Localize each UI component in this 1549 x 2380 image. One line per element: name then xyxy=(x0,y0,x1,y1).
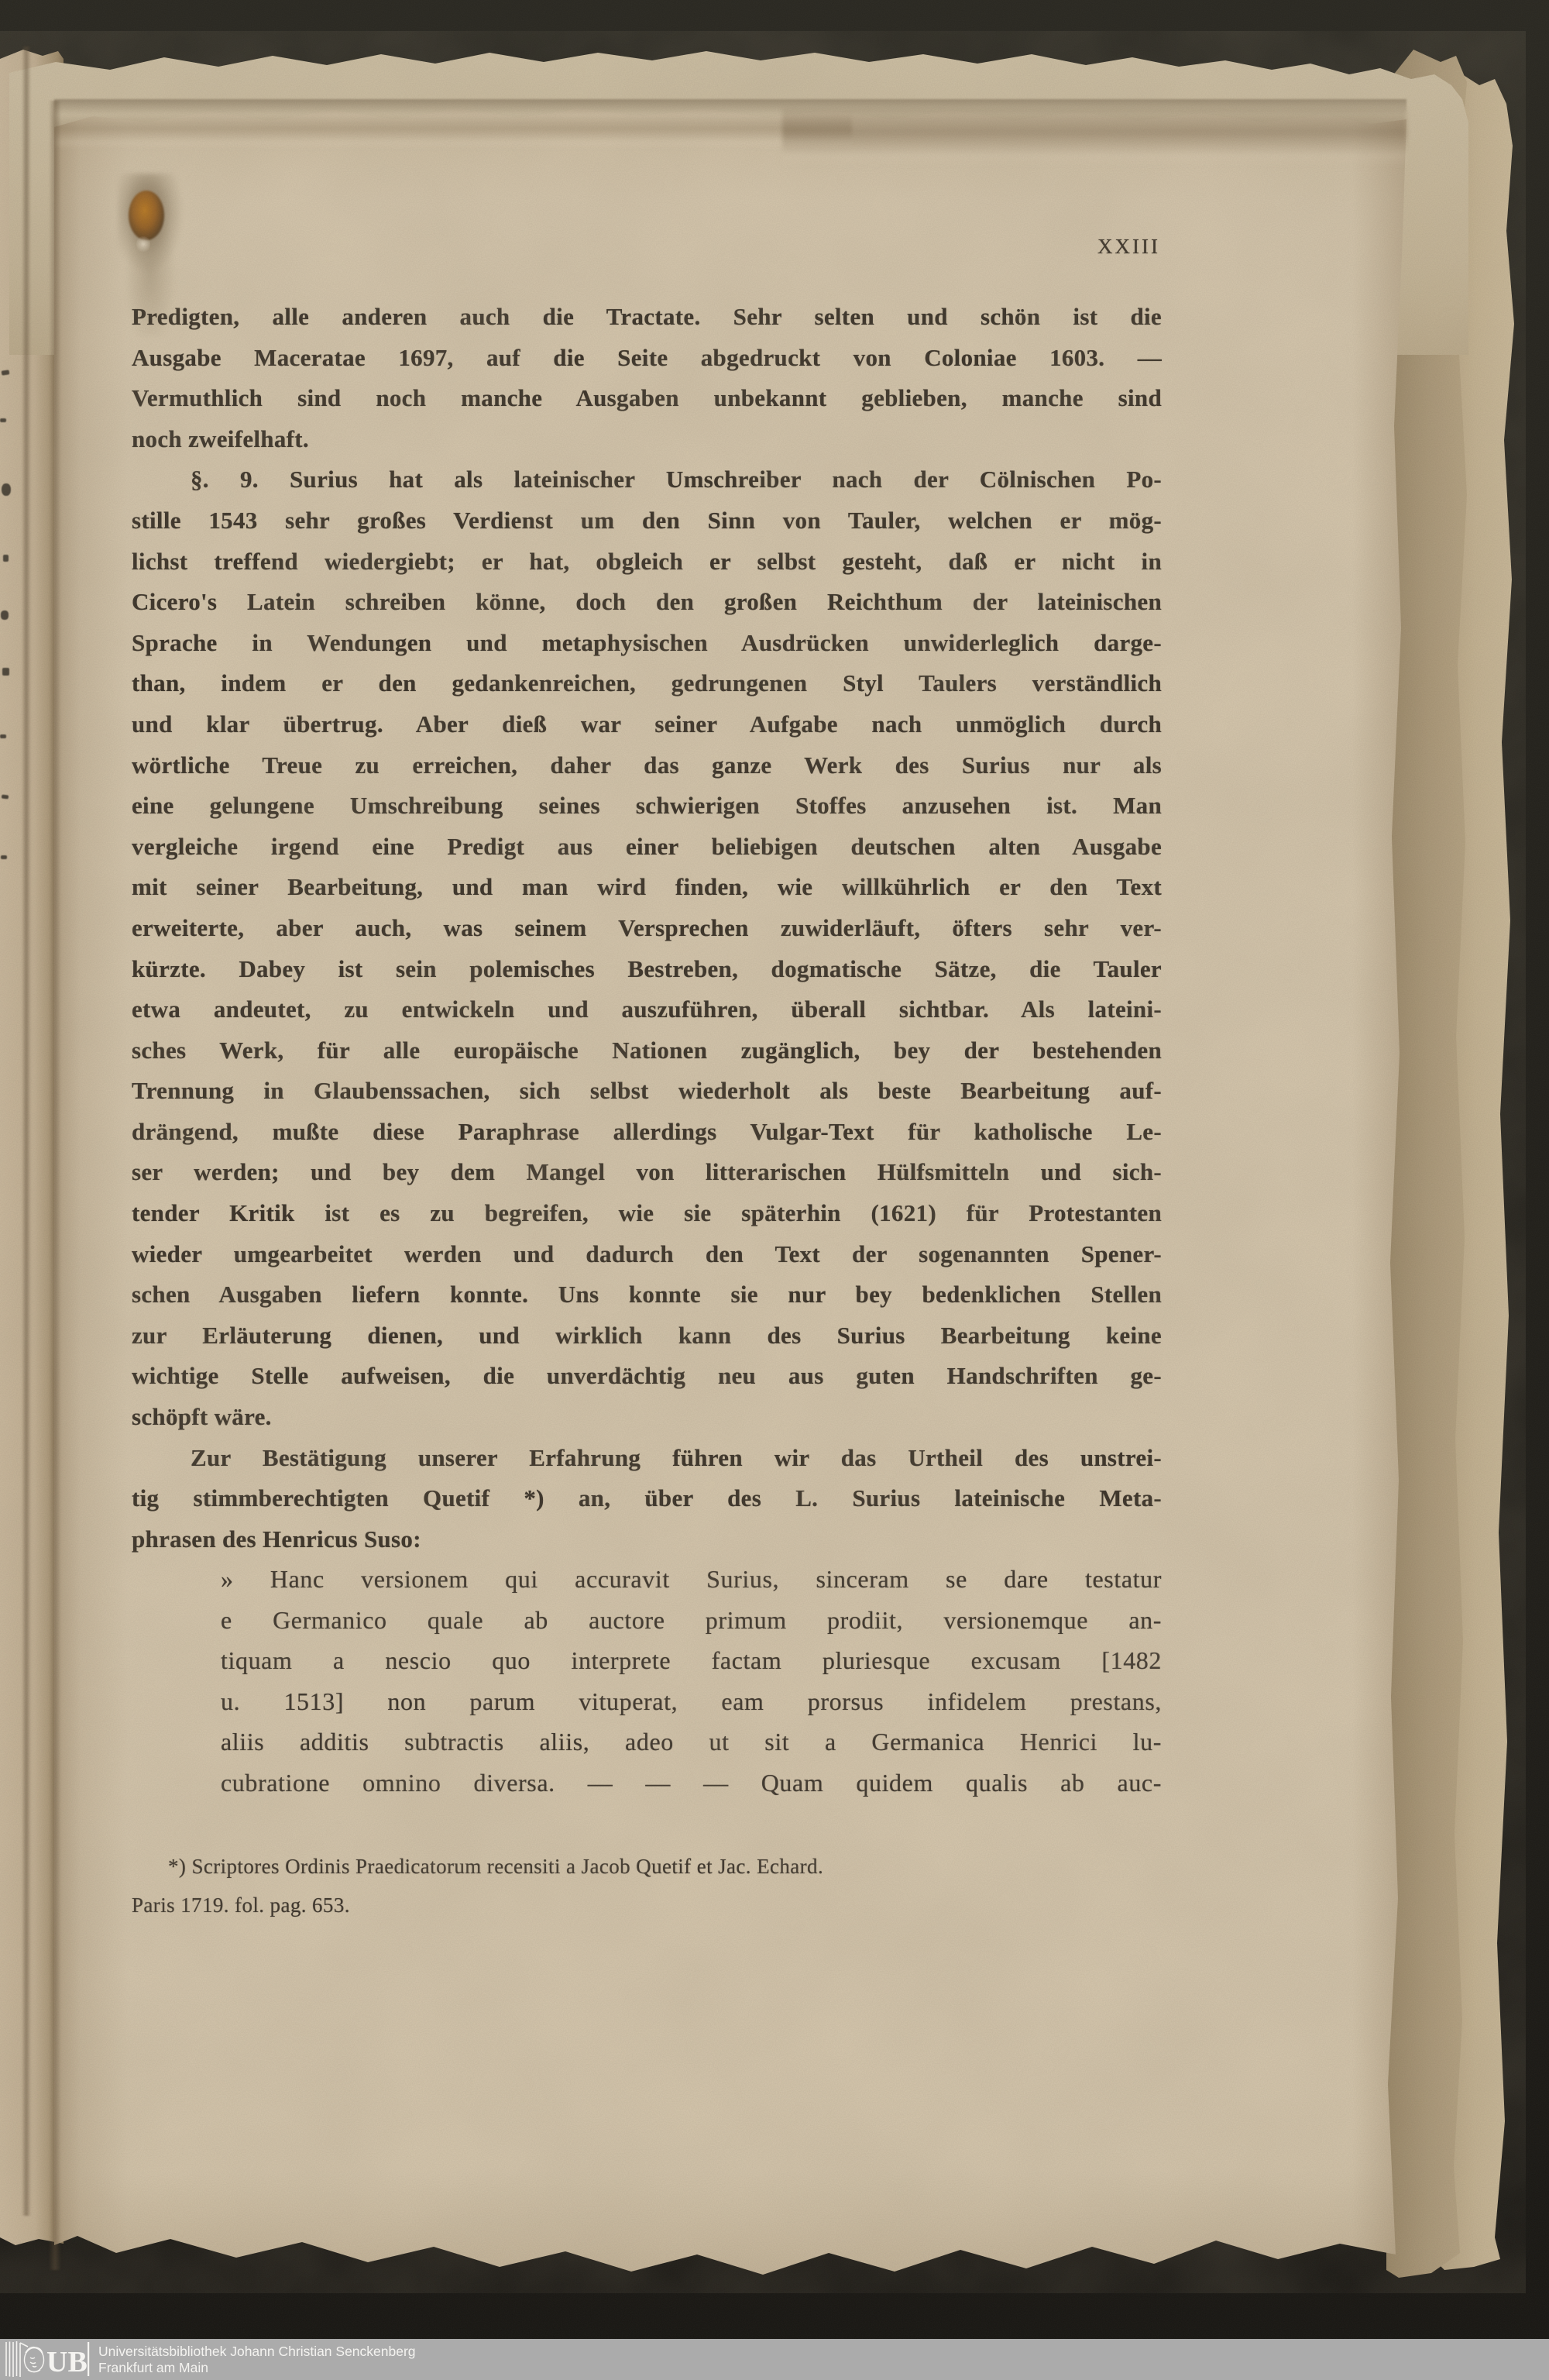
body-line: Zur Bestätigung unserer Erfahrung führen… xyxy=(132,1438,1162,1479)
logo-text: UB xyxy=(46,2346,88,2378)
body-line: wieder umgearbeitet werden und dadurch d… xyxy=(132,1234,1162,1275)
institution-name: Universitätsbibliothek Johann Christian … xyxy=(98,2344,416,2360)
body-line: tig stimmberechtigten Quetif *) an, über… xyxy=(132,1478,1162,1519)
latin-quotation-block: » Hanc versionem qui accuravit Surius, s… xyxy=(221,1559,1162,1804)
body-line: stille 1543 sehr großes Verdienst um den… xyxy=(132,500,1162,542)
body-line: schen Ausgaben liefern konnte. Uns konnt… xyxy=(132,1274,1162,1316)
body-line: §. 9. Surius hat als lateinischer Umschr… xyxy=(132,459,1162,500)
quote-line: tiquam a nescio quo interprete factam pl… xyxy=(221,1640,1162,1681)
body-line: Predigten, alle anderen auch die Tractat… xyxy=(132,297,1162,338)
body-line: phrasen des Henricus Suso: xyxy=(132,1519,1162,1560)
body-line: wichtige Stelle aufweisen, die unverdäch… xyxy=(132,1356,1162,1397)
body-line: eine gelungene Umschreibung seines schwi… xyxy=(132,786,1162,827)
footnote: *) Scriptores Ordinis Praedicatorum rece… xyxy=(132,1847,1123,1924)
institution-location: Frankfurt am Main xyxy=(98,2360,208,2376)
body-line: lichst treffend wiedergiebt; er hat, obg… xyxy=(132,542,1162,583)
logo-portrait-icon xyxy=(25,2347,44,2372)
logo-divider xyxy=(88,2342,89,2376)
body-line: Cicero's Latein schreiben könne, doch de… xyxy=(132,582,1162,623)
body-line: drängend, mußte diese Paraphrase allerdi… xyxy=(132,1112,1162,1153)
facing-page-edge xyxy=(0,36,64,2267)
page-edge-text-fragment xyxy=(2,795,9,800)
body-line: zur Erläuterung dienen, und wirklich kan… xyxy=(132,1316,1162,1357)
body-line: than, indem er den gedankenreichen, gedr… xyxy=(132,663,1162,704)
page-edge-text-fragment xyxy=(1,855,7,859)
page-edge-text-fragment xyxy=(0,734,6,738)
body-line: sches Werk, für alle europäische Natione… xyxy=(132,1030,1162,1071)
quote-line: cubratione omnino diversa. — — — Quam qu… xyxy=(221,1763,1162,1804)
page-edge-text-fragment xyxy=(1,610,9,620)
page-number: XXIII xyxy=(1097,235,1160,259)
page-stack-edge-inner xyxy=(1386,29,1472,2288)
page-edge-text-fragment xyxy=(2,668,9,676)
body-line: Trennung in Glaubenssachen, sich selbst … xyxy=(132,1071,1162,1112)
quote-line: e Germanico quale ab auctore primum prod… xyxy=(221,1600,1162,1641)
page-edge-text-fragment xyxy=(0,418,6,422)
body-line: und klar übertrug. Aber dieß war seiner … xyxy=(132,704,1162,745)
body-line: tender Kritik ist es zu begreifen, wie s… xyxy=(132,1193,1162,1234)
body-line: kürzte. Dabey ist sein polemisches Bestr… xyxy=(132,949,1162,990)
quote-line: aliis additis subtractis aliis, adeo ut … xyxy=(221,1721,1162,1763)
library-logo: UB xyxy=(5,2340,91,2378)
book-scan-viewport: XXIII Predigten, alle anderen auch die T… xyxy=(0,0,1549,2380)
page-edge-text-fragment xyxy=(3,555,9,562)
body-line: vergleiche irgend eine Predigt aus einer… xyxy=(132,827,1162,868)
body-line: Ausgabe Maceratae 1697, auf die Seite ab… xyxy=(132,338,1162,379)
quote-line: u. 1513] non parum vituperat, eam prorsu… xyxy=(221,1681,1162,1722)
body-line: etwa andeutet, zu entwickeln und auszufü… xyxy=(132,989,1162,1030)
footnote-line: Paris 1719. fol. pag. 653. xyxy=(132,1886,1123,1924)
body-line: ser werden; und bey dem Mangel von litte… xyxy=(132,1152,1162,1193)
library-watermark-bar: UB Universitätsbibliothek Johann Christi… xyxy=(0,2339,1549,2380)
body-line: noch zweifelhaft. xyxy=(132,419,1162,460)
page-edge-text-fragment xyxy=(2,483,11,496)
quote-line: » Hanc versionem qui accuravit Surius, s… xyxy=(221,1559,1162,1600)
page-body-text: Predigten, alle anderen auch die Tractat… xyxy=(132,297,1162,1560)
body-line: mit seiner Bearbeitung, und man wird fin… xyxy=(132,867,1162,908)
footnote-line: *) Scriptores Ordinis Praedicatorum rece… xyxy=(132,1847,1123,1886)
body-line: Vermuthlich sind noch manche Ausgaben un… xyxy=(132,378,1162,419)
body-line: schöpft wäre. xyxy=(132,1397,1162,1438)
body-line: Sprache in Wendungen und metaphysischen … xyxy=(132,623,1162,664)
body-line: erweiterte, aber auch, was seinem Verspr… xyxy=(132,908,1162,949)
body-line: wörtliche Treue zu erreichen, daher das … xyxy=(132,745,1162,786)
